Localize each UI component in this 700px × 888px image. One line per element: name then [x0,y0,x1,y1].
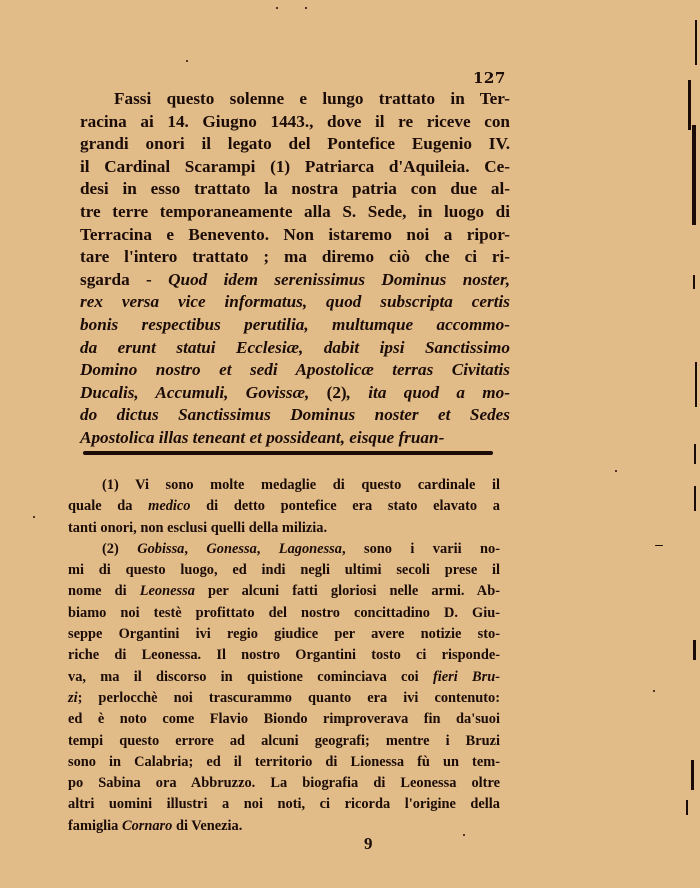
main-text-block: Fassi questo solenne e lungo trattato in… [80,88,510,450]
signature-mark: 9 [364,834,373,854]
italic-text: rex versa vice informatus, quod subscrip… [80,292,510,311]
scan-speck [655,545,663,546]
italic-text: da erunt statui Ecclesiæ, dabit ipsi San… [80,338,510,357]
footnotes-line: famiglia Cornaro di Venezia. [68,816,500,837]
footnotes-line: riche di Leonessa. Il nostro Organtini t… [68,645,500,666]
text: sgarda - [80,270,168,289]
book-page: 127 Fassi questo solenne e lungo trattat… [0,0,700,888]
italic-text: do dictus Sanctissimus Dominus noster et… [80,405,510,424]
text: biamo noi testè profittato del nostro co… [68,605,500,621]
scan-edge-artifact [695,20,697,65]
footnotes-line: mi di questo luogo, ed indi negli ultimi… [68,560,500,581]
main_text-line: da erunt statui Ecclesiæ, dabit ipsi San… [80,337,510,360]
footnotes-line: va, ma il discorso in quistione comincia… [68,667,500,688]
footnotes-line: po Sabina ora Abbruzzo. La biografia di … [68,773,500,794]
footnotes-line: altri uomini illustri a noi noti, ci ric… [68,794,500,815]
text: Terracina e Benevento. Non istaremo noi … [80,225,510,244]
italic-text: Quod idem serenissimus Dominus noster, [168,270,510,289]
main_text-line: Ducalis, Accumuli, Govissæ, (2), ita quo… [80,382,510,405]
text: di detto pontefice era stato elavato a [190,498,500,514]
text: (2) [327,383,347,402]
text: quale da [68,498,148,514]
italic-text: Apostolica illas teneant et possideant, … [80,428,444,447]
italic-text: fieri Bru- [433,669,500,685]
italic-text: Leonessa [140,583,195,599]
text: grandi onori il legato del Pontefice Eug… [80,134,510,153]
main_text-line: grandi onori il legato del Pontefice Eug… [80,133,510,156]
scan-speck [186,60,188,62]
italic-text: Ducalis, Accumuli, Govissæ, [80,383,327,402]
italic-text: Cornaro [122,818,172,834]
text: il Cardinal Scarampi (1) Patriarca d'Aqu… [80,157,510,176]
text: ed è noto come Flavio Biondo rimproverav… [68,711,500,727]
main_text-line: Domino nostro et sedi Apostolicæ terras … [80,359,510,382]
text: (2) [102,541,137,557]
italic-text: , ita quod a mo- [347,383,510,402]
scan-speck [305,7,307,9]
scan-speck [653,690,655,692]
text: tre terre temporaneamente alla S. Sede, … [80,202,510,221]
italic-text: Gobissa [137,541,184,557]
page-number: 127 [473,69,506,87]
scan-speck [463,834,465,836]
scan-edge-artifact [692,125,696,225]
main_text-line: Apostolica illas teneant et possideant, … [80,427,510,450]
scan-edge-artifact [693,640,696,660]
footnotes-line: tempi questo errore ad alcuni geografi; … [68,731,500,752]
text: famiglia [68,818,122,834]
text: nome di [68,583,140,599]
footnotes-line: biamo noi testè profittato del nostro co… [68,603,500,624]
footnotes-line: zi; perlocchè noi trascurammo quanto era… [68,688,500,709]
text: tanti onori, non esclusi quelli della mi… [68,520,327,536]
text: va, ma il discorso in quistione comincia… [68,669,433,685]
main_text-line: bonis respectibus perutilia, multumque a… [80,314,510,337]
scan-edge-artifact [686,800,688,815]
italic-text: Domino nostro et sedi Apostolicæ terras … [80,360,510,379]
footnotes-line: sono in Calabria; ed il territorio di Li… [68,752,500,773]
main_text-line: tare l'intero trattato ; ma diremo ciò c… [80,246,510,269]
footnote-divider-rule [83,451,493,455]
main_text-line: il Cardinal Scarampi (1) Patriarca d'Aqu… [80,156,510,179]
main_text-line: tre terre temporaneamente alla S. Sede, … [80,201,510,224]
text: desi in esso trattato la nostra patria c… [80,179,510,198]
main_text-line: sgarda - Quod idem serenissimus Dominus … [80,269,510,292]
footnotes-line: seppe Organtini ivi regio giudice per av… [68,624,500,645]
italic-text: zi [68,690,78,706]
text: per alcuni fatti gloriosi nelle armi. Ab… [195,583,500,599]
text: riche di Leonessa. Il nostro Organtini t… [68,647,500,663]
text: tempi questo errore ad alcuni geografi; … [68,733,500,749]
footnotes-line: ed è noto come Flavio Biondo rimproverav… [68,709,500,730]
scan-edge-artifact [694,486,696,511]
text: Fassi questo solenne e lungo trattato in… [114,89,510,108]
italic-text: medico [148,498,190,514]
main_text-line: Terracina e Benevento. Non istaremo noi … [80,224,510,247]
text: racina ai 14. Giugno 1443., dove il re r… [80,112,510,131]
scan-speck [615,470,617,472]
main_text-line: Fassi questo solenne e lungo trattato in… [80,88,510,111]
text: mi di questo luogo, ed indi negli ultimi… [68,562,500,578]
text: sono in Calabria; ed il territorio di Li… [68,754,500,770]
footnotes-line: (2) Gobissa, Gonessa, Lagonessa, sono i … [68,539,500,560]
footnotes-block: (1) Vi sono molte medaglie di questo car… [68,475,500,837]
italic-text: bonis respectibus perutilia, multumque a… [80,315,510,334]
text: tare l'intero trattato ; ma diremo ciò c… [80,247,510,266]
text: , [257,541,279,557]
scan-edge-artifact [695,362,697,407]
text: , sono i varii no- [342,541,500,557]
footnotes-line: tanti onori, non esclusi quelli della mi… [68,518,500,539]
italic-text: Gonessa [206,541,256,557]
text: ; perlocchè noi trascurammo quanto era i… [78,690,500,706]
text: di Venezia. [172,818,242,834]
text: altri uomini illustri a noi noti, ci ric… [68,796,500,812]
footnotes-line: nome di Leonessa per alcuni fatti glorio… [68,581,500,602]
text: po Sabina ora Abbruzzo. La biografia di … [68,775,500,791]
italic-text: Lagonessa [279,541,342,557]
scan-speck [33,516,35,518]
footnotes-line: (1) Vi sono molte medaglie di questo car… [68,475,500,496]
scan-speck [276,7,278,9]
scan-edge-artifact [694,444,696,464]
scan-edge-artifact [691,760,694,790]
text: seppe Organtini ivi regio giudice per av… [68,626,500,642]
text: (1) Vi sono molte medaglie di questo car… [102,477,500,493]
footnotes-line: quale da medico di detto pontefice era s… [68,496,500,517]
main_text-line: do dictus Sanctissimus Dominus noster et… [80,404,510,427]
scan-edge-artifact [688,80,691,130]
main_text-line: racina ai 14. Giugno 1443., dove il re r… [80,111,510,134]
scan-edge-artifact [693,275,695,289]
main_text-line: desi in esso trattato la nostra patria c… [80,178,510,201]
text: , [184,541,206,557]
main_text-line: rex versa vice informatus, quod subscrip… [80,291,510,314]
